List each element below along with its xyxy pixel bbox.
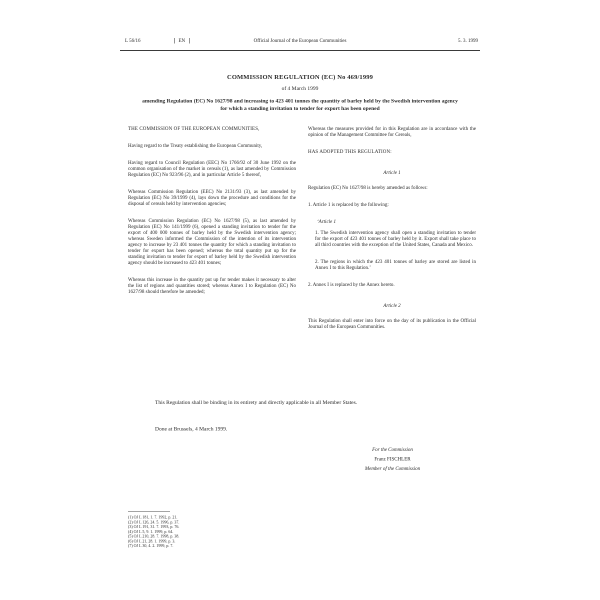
language-code: EN: [174, 38, 190, 44]
article-2-text: This Regulation shall enter into force o…: [308, 318, 476, 330]
footnotes-block: (1) OJ L 181, 1. 7. 1992, p. 21. (2) OJ …: [128, 515, 308, 548]
whereas-paragraph-2: Whereas Commission Regulation (EC) No 16…: [128, 218, 296, 266]
signature-name: Franz FISCHLER: [310, 455, 475, 465]
quoted-paragraph-1: 1. The Swedish intervention agency shall…: [315, 230, 476, 248]
amendment-point-2: 2. Annex I is replaced by the Annex here…: [308, 282, 476, 288]
quoted-paragraph-2: 2. The regions in which the 423 401 tonn…: [315, 259, 476, 271]
left-column: THE COMMISSION OF THE EUROPEAN COMMUNITI…: [128, 126, 296, 306]
article-1-heading: Article 1: [308, 170, 476, 176]
binding-clause: This Regulation shall be binding in its …: [155, 398, 445, 407]
regulation-date-line: of 4 March 1999: [120, 86, 480, 92]
regulation-subtitle: amending Regulation (EC) No 1627/98 and …: [140, 98, 460, 113]
issue-date: 5. 3. 1999: [458, 38, 478, 44]
article-2-heading: Article 2: [308, 303, 476, 309]
done-at-line: Done at Brussels, 4 March 1999.: [155, 426, 227, 432]
oj-document-page: L 56/16 EN Official Journal of the Europ…: [0, 0, 600, 600]
preamble-treaty-paragraph: Having regard to the Treaty establishing…: [128, 143, 296, 149]
signature-on-behalf: For the Commission: [310, 445, 475, 455]
signature-role: Member of the Commission: [310, 464, 475, 474]
preamble-regulation-paragraph: Having regard to Council Regulation (EEC…: [128, 160, 296, 178]
adopted-line: HAS ADOPTED THIS REGULATION:: [308, 149, 476, 155]
amendment-point-1: 1. Article 1 is replaced by the followin…: [308, 202, 476, 208]
preamble-commission-line: THE COMMISSION OF THE EUROPEAN COMMUNITI…: [128, 126, 296, 132]
page-reference: L 56/16: [125, 38, 141, 44]
journal-title: Official Journal of the European Communi…: [254, 38, 347, 44]
footnote-rule: [128, 511, 170, 512]
header-rule: [120, 50, 480, 51]
regulation-title-block: COMMISSION REGULATION (EC) No 469/1999 o…: [120, 73, 480, 113]
right-column: Whereas the measures provided for in thi…: [308, 126, 476, 341]
signature-block: For the Commission Franz FISCHLER Member…: [310, 445, 475, 474]
quoted-article-block: ‘Article 1 1. The Swedish intervention a…: [315, 219, 476, 271]
whereas-committee-paragraph: Whereas the measures provided for in thi…: [308, 126, 476, 138]
footnote: (7) OJ L 30, 4. 2. 1999, p. 7.: [128, 544, 308, 549]
oj-header: L 56/16 EN Official Journal of the Europ…: [120, 38, 480, 49]
quoted-article-heading: ‘Article 1: [317, 219, 476, 225]
article-1-intro: Regulation (EC) No 1627/98 is hereby ame…: [308, 185, 476, 191]
whereas-paragraph-1: Whereas Commission Regulation (EEC) No 2…: [128, 189, 296, 207]
whereas-paragraph-3: Whereas this increase in the quantity pu…: [128, 277, 296, 295]
regulation-title: COMMISSION REGULATION (EC) No 469/1999: [120, 73, 480, 81]
